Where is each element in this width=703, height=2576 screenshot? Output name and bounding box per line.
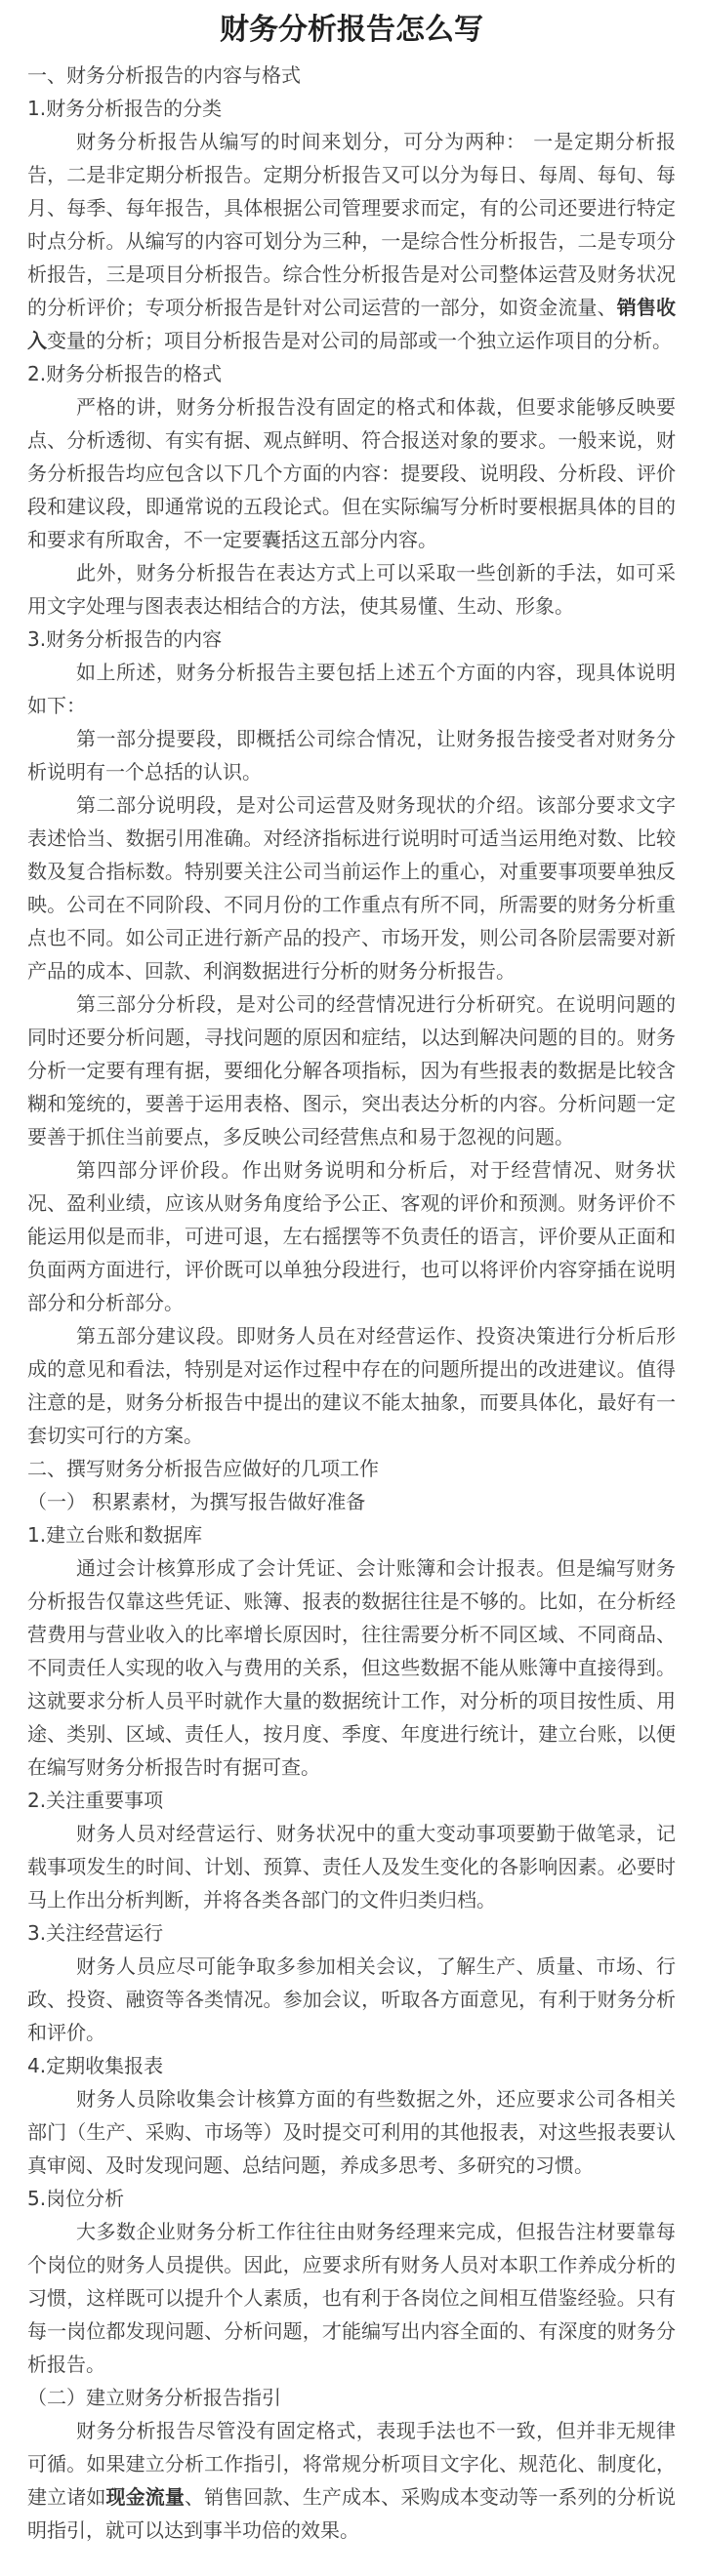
section-heading: 二、撰写财务分析报告应做好的几项工作 bbox=[27, 1452, 676, 1485]
page-title: 财务分析报告怎么写 bbox=[27, 8, 676, 53]
section-heading: 2.财务分析报告的格式 bbox=[27, 357, 676, 390]
paragraph: 财务分析报告从编写的时间来划分，可分为两种： 一是定期分析报告，二是非定期分析报… bbox=[27, 125, 676, 357]
text-segment: 财务分析报告从编写的时间来划分，可分为两种： 一是定期分析报告，二是非定期分析报… bbox=[27, 130, 676, 319]
section-heading: 4.定期收集报表 bbox=[27, 2049, 676, 2082]
paragraph: 第二部分说明段，是对公司运营及财务现状的介绍。该部分要求文字表述恰当、数据引用准… bbox=[27, 788, 676, 987]
paragraph: 第五部分建议段。即财务人员在对经营运作、投资决策进行分析后形成的意见和看法，特别… bbox=[27, 1319, 676, 1452]
text-segment: 变量的分析；项目分析报告是对公司的局部或一个独立运作项目的分析。 bbox=[47, 329, 672, 352]
section-heading: 2.关注重要事项 bbox=[27, 1784, 676, 1817]
paragraph: 第一部分提要段，即概括公司综合情况，让财务报告接受者对财务分析说明有一个总括的认… bbox=[27, 722, 676, 788]
paragraph: 财务分析报告尽管没有固定格式，表现手法也不一致，但并非无规律可循。如果建立分析工… bbox=[27, 2414, 676, 2547]
section-heading: 1.财务分析报告的分类 bbox=[27, 92, 676, 125]
section-heading: （一） 积累素材，为撰写报告做好准备 bbox=[27, 1485, 676, 1518]
section-heading: 5.岗位分析 bbox=[27, 2182, 676, 2215]
section-heading: （二）建立财务分析报告指引 bbox=[27, 2381, 676, 2414]
article: 财务分析报告怎么写 一、财务分析报告的内容与格式1.财务分析报告的分类财务分析报… bbox=[0, 0, 703, 2576]
paragraph: 财务人员应尽可能争取多参加相关会议，了解生产、质量、市场、行政、投资、融资等各类… bbox=[27, 1950, 676, 2049]
paragraph: 第四部分评价段。作出财务说明和分析后，对于经营情况、财务状况、盈利业绩，应该从财… bbox=[27, 1153, 676, 1319]
paragraph: 大多数企业财务分析工作往往由财务经理来完成，但报告注材要靠每个岗位的财务人员提供… bbox=[27, 2215, 676, 2381]
section-heading: 3.关注经营运行 bbox=[27, 1916, 676, 1950]
paragraph: 财务人员对经营运行、财务状况中的重大变动事项要勤于做笔录，记载事项发生的时间、计… bbox=[27, 1817, 676, 1916]
paragraph: 此外，财务分析报告在表达方式上可以采取一些创新的手法，如可采用文字处理与图表表达… bbox=[27, 556, 676, 623]
paragraph: 严格的讲，财务分析报告没有固定的格式和体裁，但要求能够反映要点、分析透彻、有实有… bbox=[27, 390, 676, 556]
document-body: 一、财务分析报告的内容与格式1.财务分析报告的分类财务分析报告从编写的时间来划分… bbox=[27, 59, 676, 2547]
paragraph: 如上所述，财务分析报告主要包括上述五个方面的内容，现具体说明如下： bbox=[27, 656, 676, 722]
paragraph: 第三部分分析段，是对公司的经营情况进行分析研究。在说明问题的同时还要分析问题，寻… bbox=[27, 987, 676, 1153]
section-heading: 一、财务分析报告的内容与格式 bbox=[27, 59, 676, 92]
keyword-bold-text: 现金流量 bbox=[106, 2485, 186, 2509]
paragraph: 财务人员除收集会计核算方面的有些数据之外，还应要求公司各相关部门（生产、采购、市… bbox=[27, 2082, 676, 2182]
paragraph: 通过会计核算形成了会计凭证、会计账簿和会计报表。但是编写财务分析报告仅靠这些凭证… bbox=[27, 1551, 676, 1784]
section-heading: 1.建立台账和数据库 bbox=[27, 1518, 676, 1551]
section-heading: 3.财务分析报告的内容 bbox=[27, 623, 676, 656]
